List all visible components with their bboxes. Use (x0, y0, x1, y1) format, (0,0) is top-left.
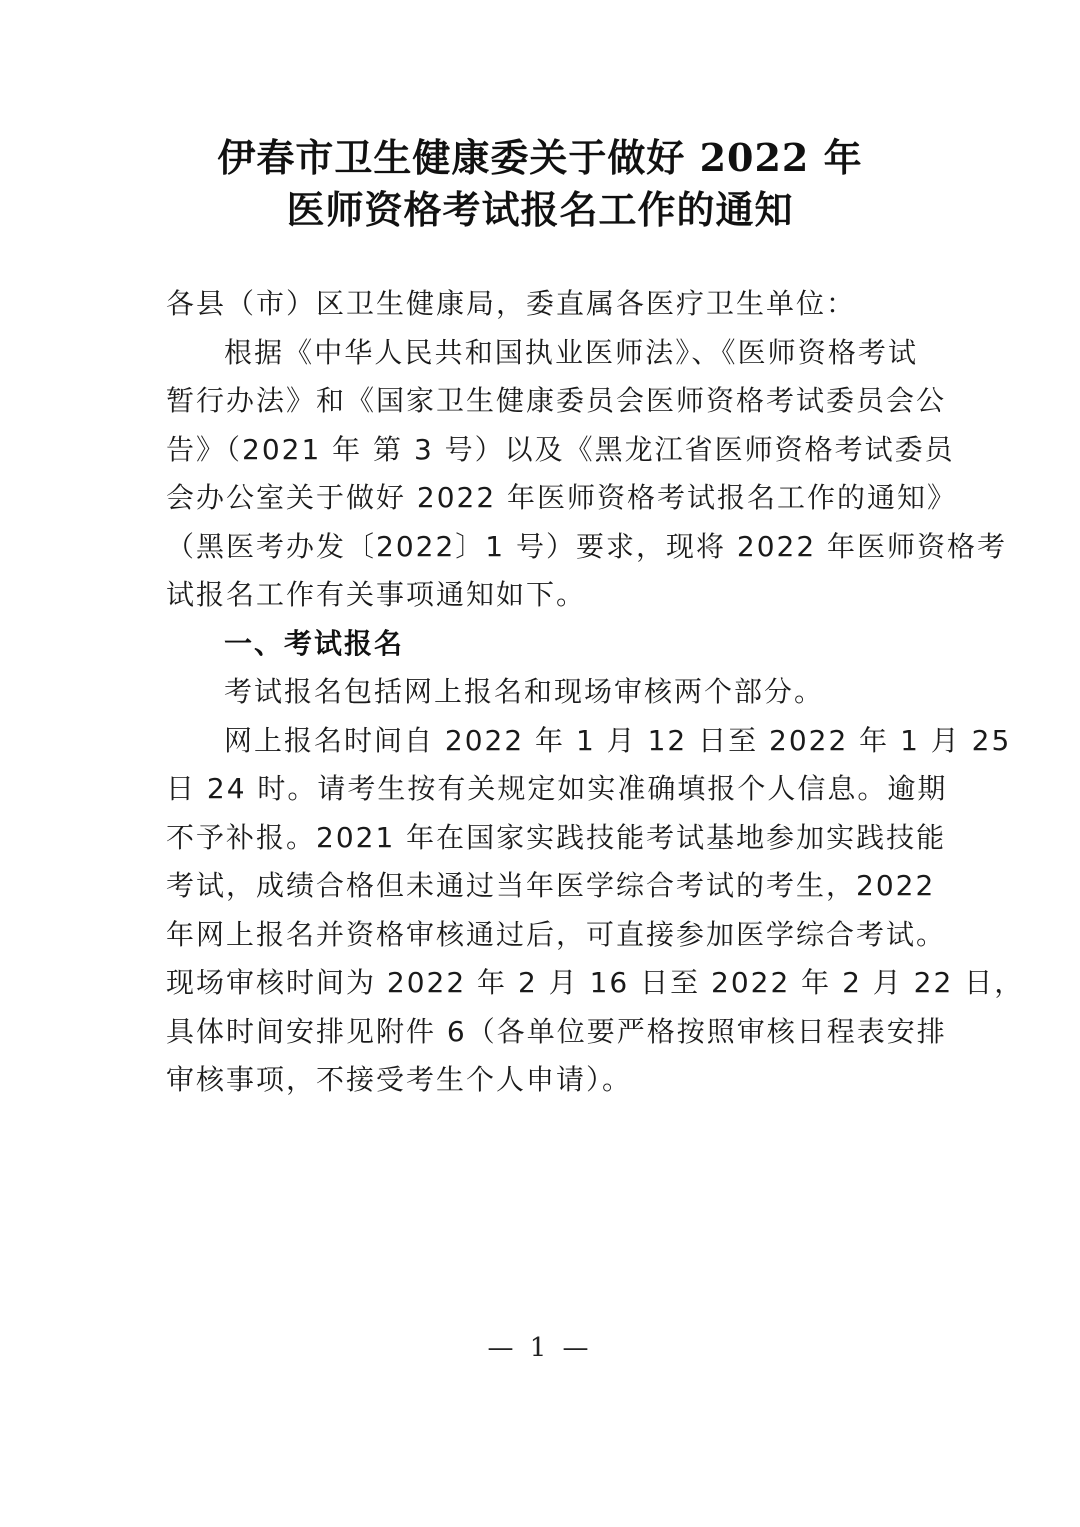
paragraph-line: 年网上报名并资格审核通过后，可直接参加医学综合考试。 (166, 911, 918, 960)
paragraph-line: 暂行办法》和《国家卫生健康委员会医师资格考试委员会公 (166, 377, 918, 426)
paragraph-line: 考试，成绩合格但未通过当年医学综合考试的考生，2022 (166, 862, 918, 911)
paragraph-line: 根据《中华人民共和国执业医师法》、《医师资格考试 (166, 329, 918, 378)
paragraph-line: 考试报名包括网上报名和现场审核两个部分。 (166, 668, 918, 717)
paragraph-line: 不予补报。2021 年在国家实践技能考试基地参加实践技能 (166, 814, 918, 863)
document-title-line-2: 医师资格考试报名工作的通知 (0, 184, 1080, 236)
intro-paragraph: 根据《中华人民共和国执业医师法》、《医师资格考试 暂行办法》和《国家卫生健康委员… (166, 329, 918, 620)
paragraph-line: 会办公室关于做好 2022 年医师资格考试报名工作的通知》 (166, 474, 918, 523)
paragraph-line: 告》（2021 年 第 3 号）以及《黑龙江省医师资格考试委员 (166, 426, 918, 475)
section-heading: 一、考试报名 (166, 620, 918, 669)
page-number: — 1 — (0, 1333, 1080, 1363)
document-page: 伊春市卫生健康委关于做好 2022 年 医师资格考试报名工作的通知 各县（市）区… (0, 0, 1080, 1527)
paragraph-line: 日 24 时。请考生按有关规定如实准确填报个人信息。逾期 (166, 765, 918, 814)
paragraph-line: 网上报名时间自 2022 年 1 月 12 日至 2022 年 1 月 25 (166, 717, 918, 766)
paragraph-line: （黑医考办发〔2022〕1 号）要求，现将 2022 年医师资格考 (166, 523, 918, 572)
document-title-line-1: 伊春市卫生健康委关于做好 2022 年 (0, 132, 1080, 184)
paragraph-line: 具体时间安排见附件 6（各单位要严格按照审核日程表安排 (166, 1008, 918, 1057)
paragraph-line: 试报名工作有关事项通知如下。 (166, 571, 918, 620)
salutation: 各县（市）区卫生健康局，委直属各医疗卫生单位： (166, 280, 918, 329)
section-1-paragraph-2: 网上报名时间自 2022 年 1 月 12 日至 2022 年 1 月 25 日… (166, 717, 918, 1105)
paragraph-line: 现场审核时间为 2022 年 2 月 16 日至 2022 年 2 月 22 日… (166, 959, 918, 1008)
paragraph-line: 审核事项，不接受考生个人申请）。 (166, 1056, 918, 1105)
section-1-paragraph-1: 考试报名包括网上报名和现场审核两个部分。 (166, 668, 918, 717)
document-body: 各县（市）区卫生健康局，委直属各医疗卫生单位： 根据《中华人民共和国执业医师法》… (166, 280, 918, 1105)
